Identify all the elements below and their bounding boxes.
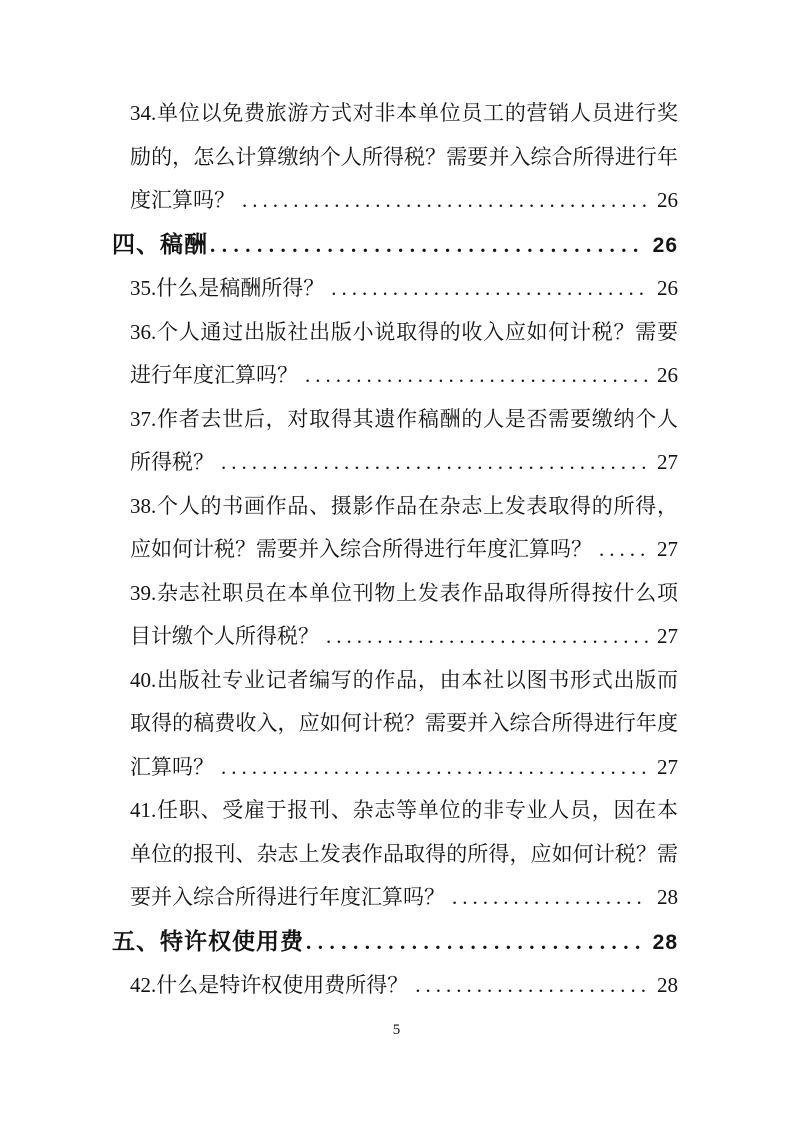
toc-item-row: 34.单位以免费旅游方式对非本单位员工的营销人员进行奖 [112,92,678,136]
toc-item-row: 单位的报刊、杂志上发表作品取得的所得，应如何计税？需 [112,833,678,877]
toc-item-row: 汇算吗？27 [112,746,678,790]
page-number: 5 [393,1022,401,1038]
toc-item-text: 42.什么是特许权使用费所得？ [130,964,408,1008]
toc-item-text: 34.单位以免费旅游方式对非本单位员工的营销人员进行奖 [130,101,678,125]
dot-leader [221,441,648,485]
toc-item-row: 目计缴个人所得税？27 [112,615,678,659]
toc-item-text: 41.任职、受雇于报刊、杂志等单位的非专业人员，因在本 [130,798,678,822]
toc-item-row: 度汇算吗？26 [112,179,678,223]
toc-item-text: 励的，怎么计算缴纳个人所得税？需要并入综合所得进行年 [130,145,678,169]
dot-leader [599,528,648,572]
toc-item-row: 42.什么是特许权使用费所得？28 [112,964,678,1008]
dot-leader [242,179,648,223]
toc-item-row: 取得的稿费收入，应如何计税？需要并入综合所得进行年度 [112,702,678,746]
toc-section-title: 四、稿酬 [112,223,208,267]
toc-page-number: 27 [657,528,678,572]
toc-item-row: 进行年度汇算吗？26 [112,354,678,398]
toc-page-number: 28 [657,876,678,920]
toc-item-text: 要并入综合所得进行年度汇算吗？ [130,876,445,920]
toc-page-number: 26 [657,354,678,398]
toc-page-number: 26 [657,267,678,311]
toc-item-text: 目计缴个人所得税？ [130,615,319,659]
toc-page-number: 27 [657,441,678,485]
toc-page-number: 27 [657,615,678,659]
toc-item-text: 进行年度汇算吗？ [130,354,298,398]
toc-item-text: 度汇算吗？ [130,179,235,223]
toc-item-text: 36.个人通过出版社出版小说取得的收入应如何计税？需要 [130,320,678,344]
toc-item-text: 取得的稿费收入，应如何计税？需要并入综合所得进行年度 [130,711,678,735]
toc-item-row: 41.任职、受雇于报刊、杂志等单位的非专业人员，因在本 [112,789,678,833]
dot-leader [306,920,644,965]
toc-item-row: 37.作者去世后，对取得其遗作稿酬的人是否需要缴纳个人 [112,398,678,442]
toc-page-number: 26 [657,179,678,223]
toc-item-text: 37.作者去世后，对取得其遗作稿酬的人是否需要缴纳个人 [130,407,678,431]
dot-leader [221,746,648,790]
toc-item-row: 35.什么是稿酬所得？26 [112,267,678,311]
toc-item-text: 应如何计税？需要并入综合所得进行年度汇算吗？ [130,528,592,572]
toc-item-text: 40.出版社专业记者编写的作品，由本社以图书形式出版而 [130,668,678,692]
dot-leader [305,354,648,398]
toc-item-row: 38.个人的书画作品、摄影作品在杂志上发表取得的所得， [112,485,678,529]
toc-item-text: 38.个人的书画作品、摄影作品在杂志上发表取得的所得， [130,494,678,518]
toc-item-row: 39.杂志社职员在本单位刊物上发表作品取得所得按什么项 [112,572,678,616]
page-footer: 5 [0,1016,793,1044]
toc-section-row: 四、稿酬26 [112,223,678,268]
toc-section-row: 五、特许权使用费28 [112,920,678,965]
toc-page-number: 28 [657,964,678,1008]
toc-item-row: 应如何计税？需要并入综合所得进行年度汇算吗？27 [112,528,678,572]
toc-section-title: 五、特许权使用费 [112,920,304,964]
toc-item-row: 要并入综合所得进行年度汇算吗？28 [112,876,678,920]
toc-item-row: 励的，怎么计算缴纳个人所得税？需要并入综合所得进行年 [112,136,678,180]
dot-leader [415,964,648,1008]
dot-leader [210,223,644,268]
toc-item-text: 35.什么是稿酬所得？ [130,267,324,311]
dot-leader [331,267,648,311]
table-of-contents: 34.单位以免费旅游方式对非本单位员工的营销人员进行奖励的，怎么计算缴纳个人所得… [112,92,678,1008]
document-page: 34.单位以免费旅游方式对非本单位员工的营销人员进行奖励的，怎么计算缴纳个人所得… [0,0,793,1122]
toc-item-row: 所得税？27 [112,441,678,485]
toc-item-text: 单位的报刊、杂志上发表作品取得的所得，应如何计税？需 [130,842,678,866]
toc-item-text: 所得税？ [130,441,214,485]
toc-page-number: 27 [657,746,678,790]
toc-item-text: 汇算吗？ [130,746,214,790]
dot-leader [326,615,648,659]
toc-item-text: 39.杂志社职员在本单位刊物上发表作品取得所得按什么项 [130,581,678,605]
toc-page-number: 26 [653,224,678,268]
dot-leader [452,876,648,920]
toc-item-row: 40.出版社专业记者编写的作品，由本社以图书形式出版而 [112,659,678,703]
toc-page-number: 28 [653,921,678,965]
toc-item-row: 36.个人通过出版社出版小说取得的收入应如何计税？需要 [112,311,678,355]
